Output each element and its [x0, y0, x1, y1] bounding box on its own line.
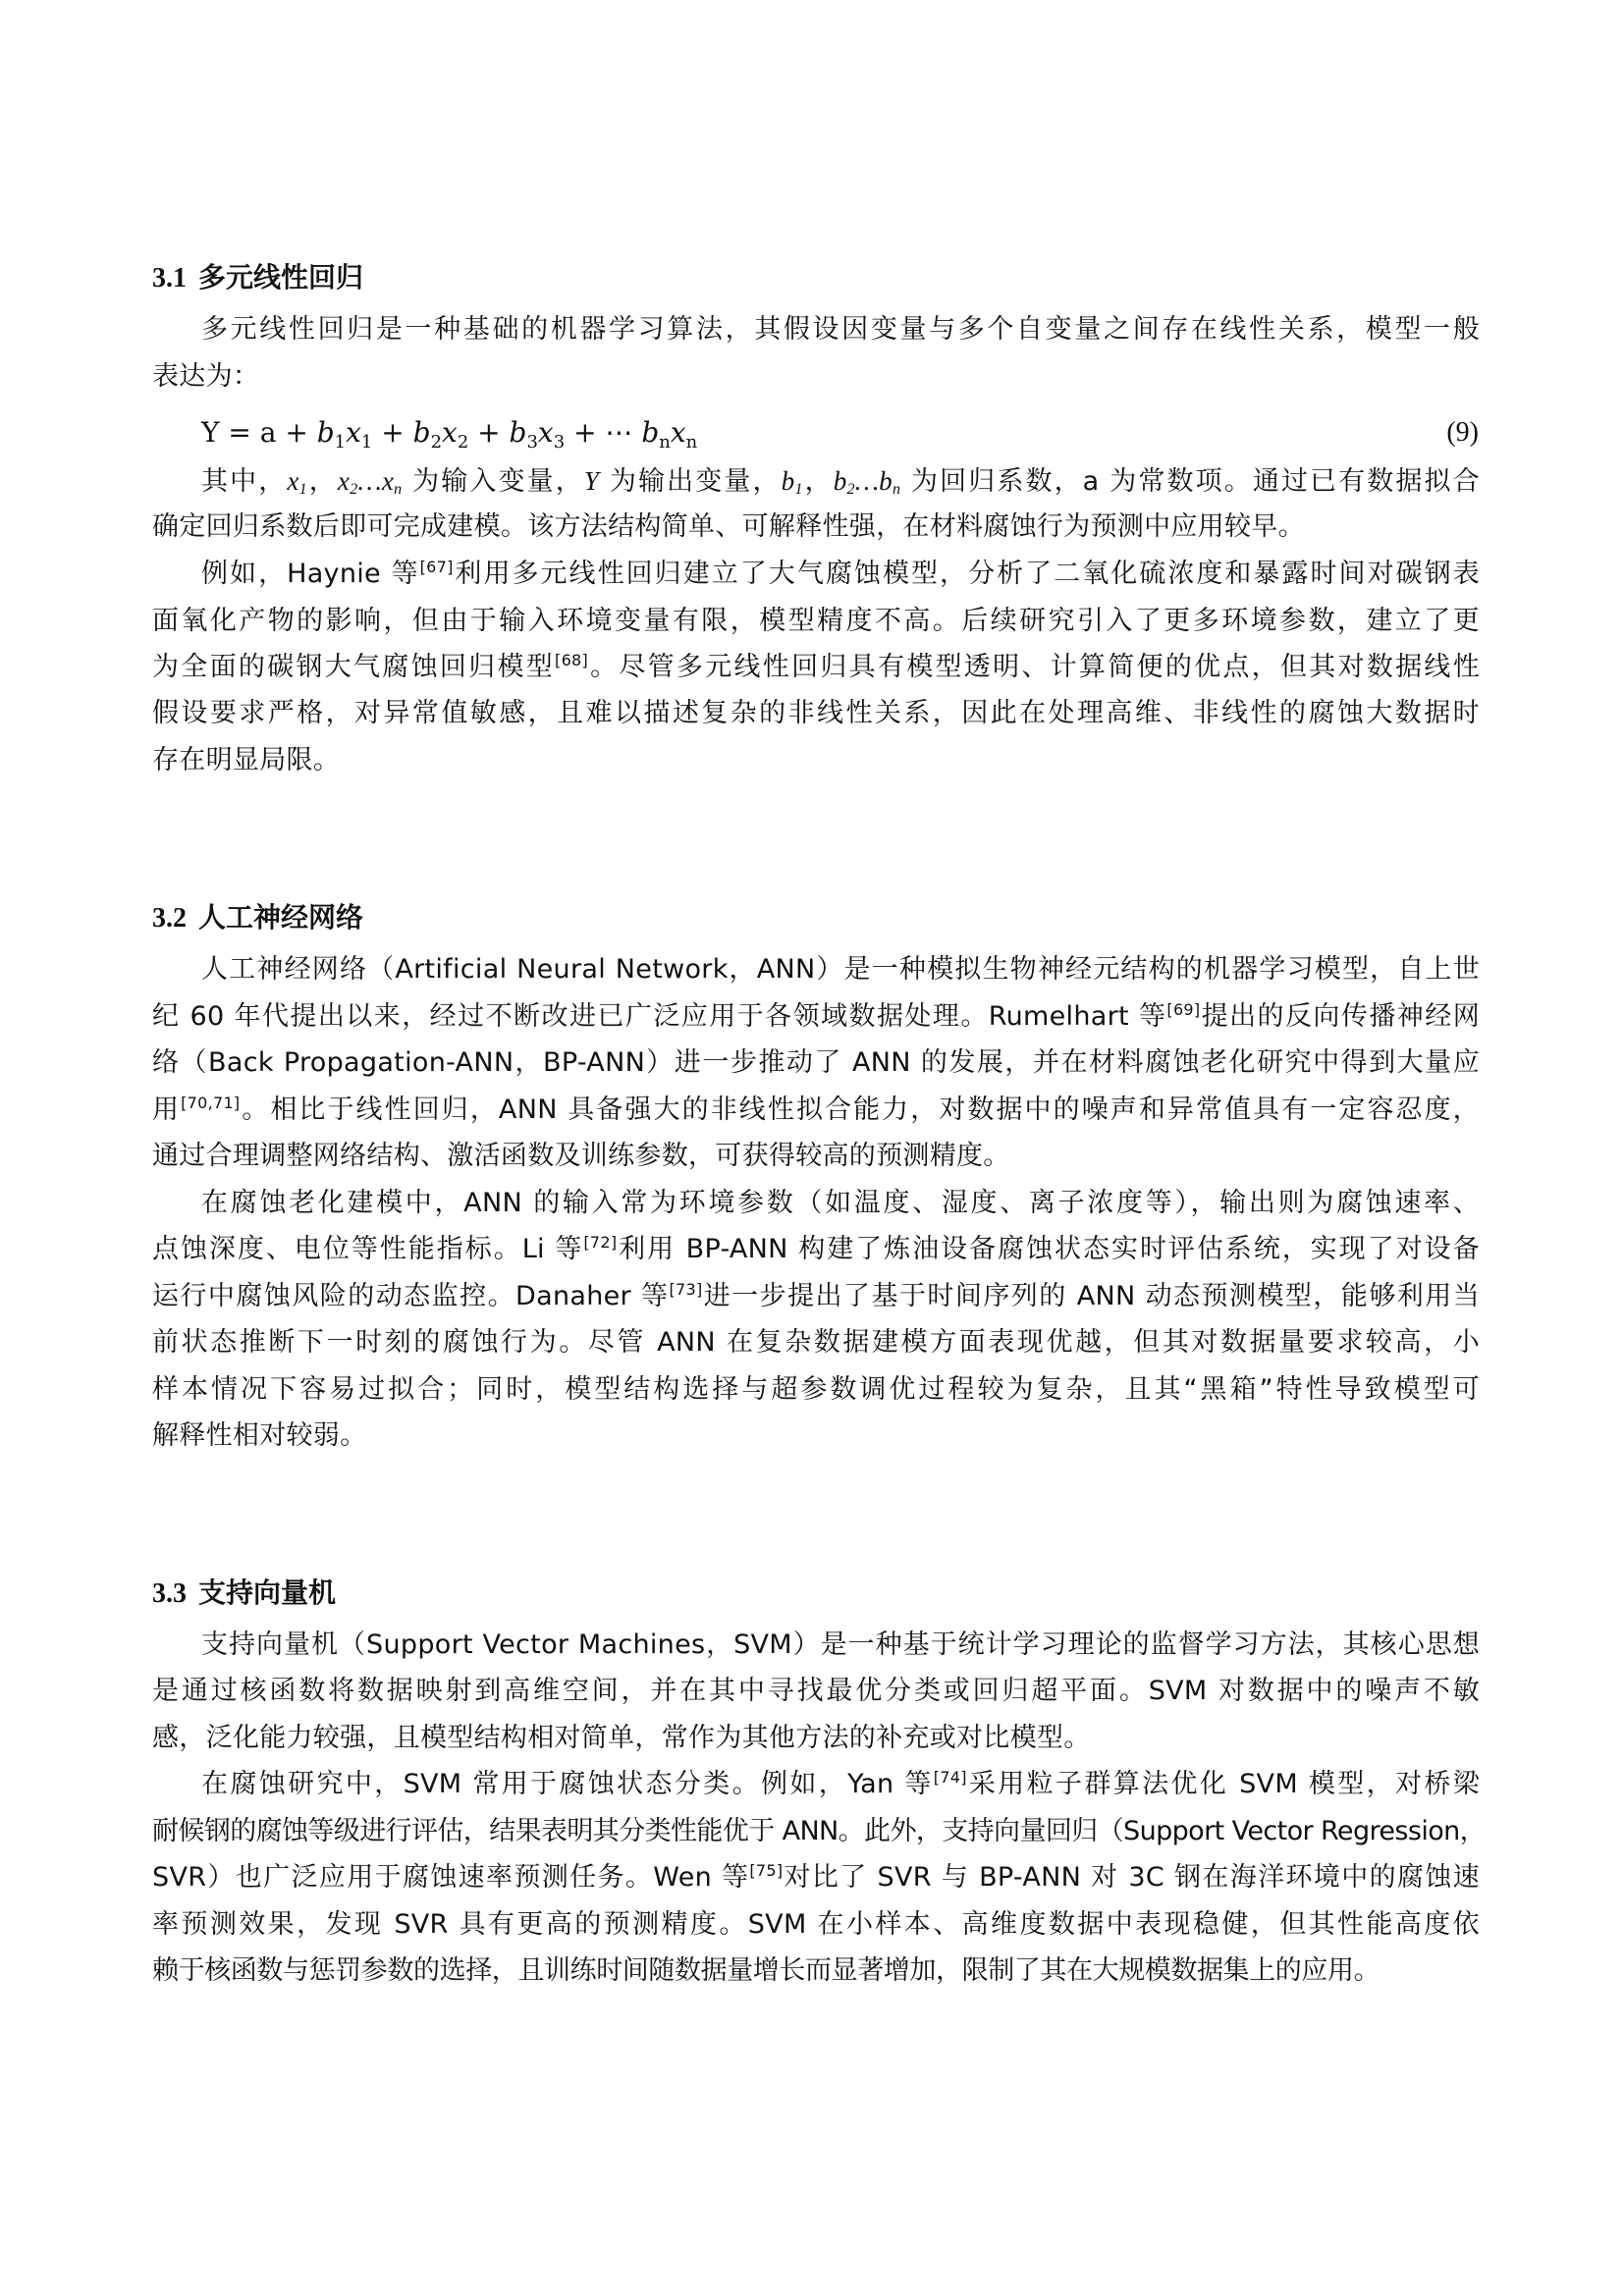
- eq-coef: b: [413, 416, 431, 449]
- paragraph-line: 在腐蚀研究中，SVM 常用于腐蚀状态分类。例如，Yan 等[74]采用粒子群算法…: [152, 1765, 1480, 1804]
- section-number: 3.1: [152, 263, 187, 294]
- paragraph-line: SVR）也广泛应用于腐蚀速率预测任务。Wen 等[75]对比了 SVR 与 BP…: [152, 1858, 1480, 1897]
- section-heading-3-3: 3.3支持向量机: [152, 1574, 336, 1614]
- text-span: 利用 BP-ANN 构建了炼油设备腐蚀状态实时评估系统，实现了对设备: [617, 1234, 1480, 1264]
- paragraph-line: 人工神经网络（Artificial Neural Network，ANN）是一种…: [152, 950, 1480, 989]
- paragraph-line: 为全面的碳钢大气腐蚀回归模型[68]。尽管多元线性回归具有模型透明、计算简便的优…: [152, 648, 1480, 687]
- var-b1: b1: [782, 466, 803, 496]
- eq-sub: 3: [526, 432, 537, 453]
- paragraph-line: 用[70,71]。相比于线性回归，ANN 具备强大的非线性拟合能力，对数据中的噪…: [152, 1091, 1480, 1130]
- section-title: 支持向量机: [198, 1576, 336, 1609]
- citation-69[interactable]: [69]: [1166, 1000, 1200, 1019]
- text-span: 。相比于线性回归，ANN 具备强大的非线性拟合能力，对数据中的噪声和异常值具有一…: [240, 1095, 1480, 1125]
- eq-sub: n: [659, 432, 671, 453]
- text-span: 例如，Haynie 等: [201, 559, 420, 589]
- paragraph-line: 络（Back Propagation-ANN，BP-ANN）进一步推动了 ANN…: [152, 1043, 1480, 1083]
- citation-75[interactable]: [75]: [749, 1861, 783, 1880]
- paragraph-line: 是通过核函数将数据映射到高维空间，并在其中寻找最优分类或回归超平面。SVM 对数…: [152, 1672, 1480, 1711]
- text-span: 为回归系数，a 为常数项。通过已有数据拟合: [911, 466, 1480, 497]
- text-span: 进一步提出了基于时间序列的 ANN 动态预测模型，能够利用当: [703, 1281, 1480, 1311]
- eq-coef: b: [510, 416, 527, 449]
- section-heading-3-2: 3.2人工神经网络: [152, 898, 363, 938]
- text-span: 在腐蚀研究中，SVM 常用于腐蚀状态分类。例如，Yan 等: [201, 1769, 934, 1799]
- text-span: 为全面的碳钢大气腐蚀回归模型: [152, 652, 555, 682]
- paragraph-line: 解释性相对较弱。: [152, 1416, 1480, 1456]
- eq-coef: b: [641, 416, 659, 449]
- text-span: SVR）也广泛应用于腐蚀速率预测任务。Wen 等: [152, 1862, 749, 1893]
- section-number: 3.3: [152, 1578, 187, 1609]
- eq-sub: 1: [335, 432, 346, 453]
- paragraph-line: 耐候钢的腐蚀等级进行评估，结果表明其分类性能优于 ANN。此外，支持向量回归（S…: [152, 1812, 1480, 1851]
- section-title: 人工神经网络: [198, 901, 363, 934]
- eq-sub: n: [686, 432, 698, 453]
- paragraph-line: 前状态推断下一时刻的腐蚀行为。尽管 ANN 在复杂数据建模方面表现优越，但其对数…: [152, 1323, 1480, 1362]
- paragraph-line: 存在明显局限。: [152, 741, 1480, 780]
- section-number: 3.2: [152, 903, 187, 934]
- eq-sub: 2: [458, 432, 468, 453]
- text-span: ，: [307, 466, 338, 497]
- eq-sub: 3: [554, 432, 565, 453]
- text-span: 运行中腐蚀风险的动态监控。Danaher 等: [152, 1281, 669, 1311]
- paragraph-line: 确定回归系数后即可完成建模。该方法结构简单、可解释性强，在材料腐蚀行为预测中应用…: [152, 507, 1480, 547]
- equation-9: Y = a + b1x1 + b2x2 + b3x3 + ⋯ bnxn: [201, 413, 697, 462]
- citation-68[interactable]: [68]: [555, 651, 588, 669]
- eq-lhs: Y: [201, 416, 219, 449]
- eq-sub: 1: [361, 432, 372, 453]
- section-heading-3-1: 3.1多元线性回归: [152, 258, 363, 298]
- citation-67[interactable]: [67]: [420, 558, 454, 576]
- text-span: 用: [152, 1095, 181, 1125]
- text-span: 为输入变量，: [412, 466, 584, 497]
- paragraph-line: 通过合理调整网络结构、激活函数及训练参数，可获得较高的预测精度。: [152, 1137, 1480, 1176]
- eq-constant: a: [260, 416, 277, 449]
- paragraph-line: 其中，x1，x2…xn 为输入变量，Y 为输出变量，b1，b2…bn 为回归系数…: [152, 461, 1480, 509]
- text-span: 对比了 SVR 与 BP-ANN 对 3C 钢在海洋环境中的腐蚀速: [783, 1862, 1480, 1893]
- text-span: 纪 60 年代提出以来，经过不断改进已广泛应用于各领域数据处理。Rumelhar…: [152, 1001, 1166, 1032]
- text-span: 为输出变量，: [610, 466, 782, 497]
- eq-var: x: [346, 416, 361, 449]
- paragraph-line: 多元线性回归是一种基础的机器学习算法，其假设因变量与多个自变量之间存在线性关系，…: [152, 310, 1480, 349]
- eq-var: x: [442, 416, 458, 449]
- text-span: 点蚀深度、电位等性能指标。Li 等: [152, 1234, 583, 1264]
- citation-74[interactable]: [74]: [934, 1768, 967, 1787]
- eq-var: x: [538, 416, 554, 449]
- eq-var: x: [671, 416, 686, 449]
- paper-page: 3.1多元线性回归 多元线性回归是一种基础的机器学习算法，其假设因变量与多个自变…: [0, 0, 1624, 2296]
- citation-70-71[interactable]: [70,71]: [181, 1094, 240, 1112]
- text-span: 利用多元线性回归建立了大气腐蚀模型，分析了二氧化硫浓度和暴露时间对碳钢表: [454, 559, 1480, 589]
- eq-sub: 2: [431, 432, 442, 453]
- paragraph-line: 纪 60 年代提出以来，经过不断改进已广泛应用于各领域数据处理。Rumelhar…: [152, 997, 1480, 1037]
- text-span: 采用粒子群算法优化 SVM 模型，对桥梁: [967, 1769, 1480, 1799]
- citation-73[interactable]: [73]: [669, 1280, 702, 1299]
- paragraph-line: 在腐蚀老化建模中，ANN 的输入常为环境参数（如温度、湿度、离子浓度等），输出则…: [152, 1184, 1480, 1223]
- paragraph-line: 面氧化产物的影响，但由于输入环境变量有限，模型精度不高。后续研究引入了更多环境参…: [152, 602, 1480, 641]
- paragraph-line: 感，泛化能力较强，且模型结构相对简单，常作为其他方法的补充或对比模型。: [152, 1719, 1480, 1758]
- text-span: 提出的反向传播神经网: [1200, 1001, 1480, 1032]
- text-span: 。尽管多元线性回归具有模型透明、计算简便的优点，但其对数据线性: [588, 652, 1480, 682]
- eq-coef: b: [317, 416, 335, 449]
- citation-72[interactable]: [72]: [583, 1233, 617, 1252]
- section-title: 多元线性回归: [198, 261, 363, 294]
- var-x1: x1: [287, 466, 307, 496]
- paragraph-line: 支持向量机（Support Vector Machines，SVM）是一种基于统…: [152, 1626, 1480, 1665]
- paragraph-line: 假设要求严格，对异常值敏感，且难以描述复杂的非线性关系，因此在处理高维、非线性的…: [152, 694, 1480, 733]
- paragraph-line: 表达为：: [152, 357, 1480, 397]
- paragraph-line: 点蚀深度、电位等性能指标。Li 等[72]利用 BP-ANN 构建了炼油设备腐蚀…: [152, 1230, 1480, 1269]
- paragraph-line: 运行中腐蚀风险的动态监控。Danaher 等[73]进一步提出了基于时间序列的 …: [152, 1277, 1480, 1316]
- var-y: Y: [584, 466, 599, 496]
- paragraph-line: 率预测效果，发现 SVR 具有更高的预测精度。SVM 在小样本、高维度数据中表现…: [152, 1905, 1480, 1945]
- paragraph-line: 样本情况下容易过拟合；同时，模型结构选择与超参数调优过程较为复杂，且其“黑箱”特…: [152, 1370, 1480, 1410]
- equation-number: (9): [1446, 413, 1479, 453]
- var-b2-bn: b2…bn: [834, 466, 901, 496]
- text-span: 其中，: [201, 466, 287, 497]
- var-x2-xn: x2…xn: [338, 466, 403, 496]
- paragraph-line: 赖于核函数与惩罚参数的选择，且训练时间随数据量增长而显著增加，限制了其在大规模数…: [152, 1951, 1480, 1991]
- paragraph-line: 例如，Haynie 等[67]利用多元线性回归建立了大气腐蚀模型，分析了二氧化硫…: [152, 555, 1480, 594]
- text-span: ，: [803, 466, 834, 497]
